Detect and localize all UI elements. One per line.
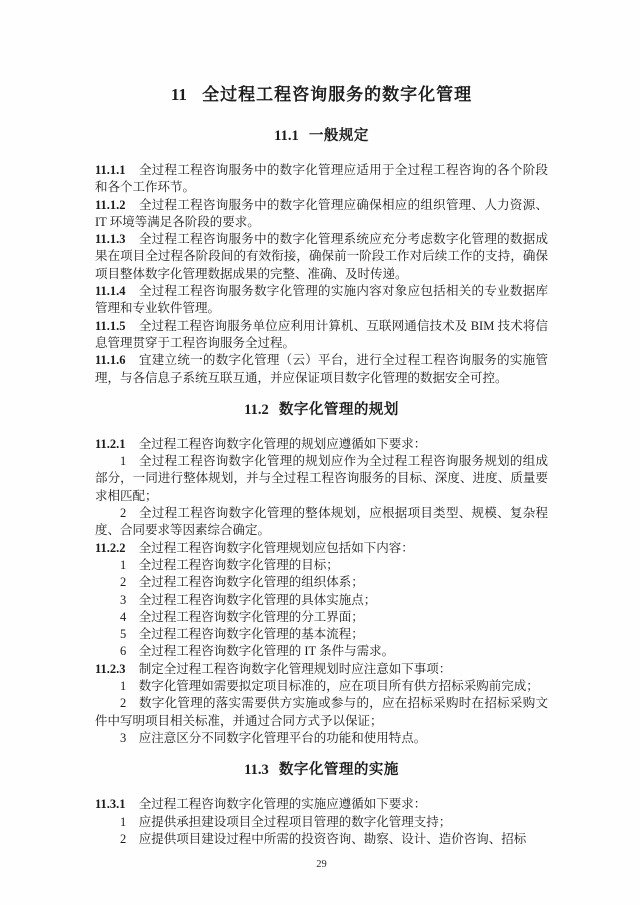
sub-item-number: 1 xyxy=(120,454,126,468)
clause-sub-item: 1全过程工程咨询数字化管理的目标； xyxy=(95,557,548,574)
clause-paragraph: 11.1.3全过程工程咨询服务中的数字化管理系统应充分考虑数字化管理的数据成果在… xyxy=(95,231,548,283)
section-clauses: 11.2.1全过程工程咨询数字化管理的规划应遵循如下要求： 1全过程工程咨询数字… xyxy=(95,436,548,747)
section-clauses: 11.1.1全过程工程咨询服务中的数字化管理应适用于全过程工程咨询的各个阶段和各… xyxy=(95,162,548,387)
document-page: 11全过程工程咨询服务的数字化管理 11.1一般规定 11.1.1全过程工程咨询… xyxy=(0,0,640,905)
sub-item-text: 全过程工程咨询数字化管理的基本流程； xyxy=(139,627,364,641)
clause-sub-item: 5全过程工程咨询数字化管理的基本流程； xyxy=(95,626,548,643)
sub-item-number: 5 xyxy=(120,627,126,641)
clause-text: 全过程工程咨询服务单位应利用计算机、互联网通信技术及 BIM 技术将信息管理贯穿… xyxy=(95,319,548,350)
sub-item-text: 应注意区分不同数字化管理平台的功能和使用特点。 xyxy=(139,731,427,745)
clause-sub-item: 6全过程工程咨询数字化管理的 IT 条件与需求。 xyxy=(95,643,548,660)
clause-number: 11.1.3 xyxy=(95,232,126,246)
sub-item-number: 4 xyxy=(120,610,126,624)
clause-sub-item: 3全过程工程咨询数字化管理的具体实施点； xyxy=(95,592,548,609)
clause-number: 11.1.2 xyxy=(95,198,126,212)
chapter-number: 11 xyxy=(171,85,187,104)
section-heading: 11.2数字化管理的规划 xyxy=(95,401,548,419)
chapter-title-text: 全过程工程咨询服务的数字化管理 xyxy=(202,85,472,104)
sub-item-number: 1 xyxy=(120,815,126,829)
sub-item-text: 数字化管理如需要拟定项目标准的，应在项目所有供方招标采购前完成； xyxy=(139,679,539,693)
clause-number: 11.2.1 xyxy=(95,437,126,451)
sub-item-number: 2 xyxy=(120,832,126,846)
clause-paragraph: 11.2.2全过程工程咨询数字化管理规划应包括如下内容： xyxy=(95,540,548,557)
clause-number: 11.3.1 xyxy=(95,797,126,811)
sub-item-text: 全过程工程咨询数字化管理的规划应作为全过程工程咨询服务规划的组成部分，一同进行整… xyxy=(95,454,548,503)
section-title-text: 数字化管理的实施 xyxy=(279,762,399,778)
clause-text: 宜建立统一的数字化管理（云）平台，进行全过程工程咨询服务的实施管理，与各信息子系… xyxy=(95,353,548,384)
clause-text: 全过程工程咨询数字化管理的规划应遵循如下要求： xyxy=(139,437,427,451)
sub-item-number: 2 xyxy=(120,696,126,710)
sub-item-text: 数字化管理的落实需要供方实施或参与的，应在招标采购时在招标采购文件中写明项目相关… xyxy=(95,696,548,727)
sub-item-number: 3 xyxy=(120,731,126,745)
clause-sub-item: 2全过程工程咨询数字化管理的整体规划，应根据项目类型、规模、复杂程度、合同要求等… xyxy=(95,505,548,540)
sub-item-number: 2 xyxy=(120,575,126,589)
clause-sub-item: 2应提供项目建设过程中所需的投资咨询、勘察、设计、造价咨询、招标 xyxy=(95,831,548,848)
clause-text: 全过程工程咨询服务数字化管理的实施内容对象应包括相关的专业数据库管理和专业软件管… xyxy=(95,284,548,315)
clause-number: 11.1.4 xyxy=(95,284,126,298)
clause-paragraph: 11.1.5全过程工程咨询服务单位应利用计算机、互联网通信技术及 BIM 技术将… xyxy=(95,318,548,353)
clause-sub-item: 3应注意区分不同数字化管理平台的功能和使用特点。 xyxy=(95,730,548,747)
page-content: 11全过程工程咨询服务的数字化管理 11.1一般规定 11.1.1全过程工程咨询… xyxy=(0,0,640,870)
sections-container: 11.1一般规定 11.1.1全过程工程咨询服务中的数字化管理应适用于全过程工程… xyxy=(95,127,548,848)
clause-number: 11.1.1 xyxy=(95,163,126,177)
sub-item-text: 全过程工程咨询数字化管理的具体实施点； xyxy=(139,593,377,607)
clause-paragraph: 11.1.2全过程工程咨询服务中的数字化管理应确保相应的组织管理、人力资源、IT… xyxy=(95,197,548,232)
sub-item-text: 全过程工程咨询数字化管理的目标； xyxy=(139,558,339,572)
clause-paragraph: 11.1.6宜建立统一的数字化管理（云）平台，进行全过程工程咨询服务的实施管理，… xyxy=(95,352,548,387)
section-heading: 11.3数字化管理的实施 xyxy=(95,761,548,779)
document-section: 11.1一般规定 11.1.1全过程工程咨询服务中的数字化管理应适用于全过程工程… xyxy=(95,127,548,387)
sub-item-text: 应提供项目建设过程中所需的投资咨询、勘察、设计、造价咨询、招标 xyxy=(139,832,527,846)
section-heading: 11.1一般规定 xyxy=(95,127,548,145)
sub-item-text: 应提供承担建设项目全过程项目管理的数字化管理支持； xyxy=(139,815,452,829)
clause-sub-item: 2全过程工程咨询数字化管理的组织体系； xyxy=(95,574,548,591)
section-number: 11.3 xyxy=(244,762,269,778)
clause-text: 制定全过程工程咨询数字化管理规划时应注意如下事项： xyxy=(139,662,452,676)
clause-text: 全过程工程咨询服务中的数字化管理应适用于全过程工程咨询的各个阶段和各个工作环节。 xyxy=(95,163,548,194)
clause-sub-item: 1数字化管理如需要拟定项目标准的，应在项目所有供方招标采购前完成； xyxy=(95,678,548,695)
sub-item-text: 全过程工程咨询数字化管理的 IT 条件与需求。 xyxy=(139,644,394,658)
sub-item-text: 全过程工程咨询数字化管理的整体规划，应根据项目类型、规模、复杂程度、合同要求等因… xyxy=(95,506,548,537)
sub-item-number: 2 xyxy=(120,506,126,520)
sub-item-number: 3 xyxy=(120,593,126,607)
section-number: 11.2 xyxy=(244,402,269,418)
clause-paragraph: 11.2.3制定全过程工程咨询数字化管理规划时应注意如下事项： xyxy=(95,661,548,678)
sub-item-text: 全过程工程咨询数字化管理的组织体系； xyxy=(139,575,364,589)
clause-sub-item: 2数字化管理的落实需要供方实施或参与的，应在招标采购时在招标采购文件中写明项目相… xyxy=(95,695,548,730)
chapter-title: 11全过程工程咨询服务的数字化管理 xyxy=(95,84,548,105)
sub-item-number: 6 xyxy=(120,644,126,658)
clause-number: 11.1.5 xyxy=(95,319,126,333)
section-clauses: 11.3.1全过程工程咨询数字化管理的实施应遵循如下要求： 1应提供承担建设项目… xyxy=(95,796,548,848)
clause-paragraph: 11.2.1全过程工程咨询数字化管理的规划应遵循如下要求： xyxy=(95,436,548,453)
clause-paragraph: 11.1.1全过程工程咨询服务中的数字化管理应适用于全过程工程咨询的各个阶段和各… xyxy=(95,162,548,197)
sub-item-text: 全过程工程咨询数字化管理的分工界面； xyxy=(139,610,364,624)
section-title-text: 一般规定 xyxy=(309,128,369,144)
clause-text: 全过程工程咨询服务中的数字化管理应确保相应的组织管理、人力资源、IT 环境等满足… xyxy=(95,198,548,229)
sub-item-number: 1 xyxy=(120,558,126,572)
section-number: 11.1 xyxy=(274,128,299,144)
clause-sub-item: 4全过程工程咨询数字化管理的分工界面； xyxy=(95,609,548,626)
page-number: 29 xyxy=(95,859,548,870)
clause-sub-item: 1全过程工程咨询数字化管理的规划应作为全过程工程咨询服务规划的组成部分，一同进行… xyxy=(95,453,548,505)
clause-paragraph: 11.3.1全过程工程咨询数字化管理的实施应遵循如下要求： xyxy=(95,796,548,813)
document-section: 11.3数字化管理的实施 11.3.1全过程工程咨询数字化管理的实施应遵循如下要… xyxy=(95,761,548,848)
clause-text: 全过程工程咨询服务中的数字化管理系统应充分考虑数字化管理的数据成果在项目全过程各… xyxy=(95,232,548,281)
clause-text: 全过程工程咨询数字化管理的实施应遵循如下要求： xyxy=(139,797,427,811)
clause-sub-item: 1应提供承担建设项目全过程项目管理的数字化管理支持； xyxy=(95,814,548,831)
clause-number: 11.2.3 xyxy=(95,662,126,676)
document-section: 11.2数字化管理的规划 11.2.1全过程工程咨询数字化管理的规划应遵循如下要… xyxy=(95,401,548,747)
clause-paragraph: 11.1.4全过程工程咨询服务数字化管理的实施内容对象应包括相关的专业数据库管理… xyxy=(95,283,548,318)
clause-number: 11.2.2 xyxy=(95,541,126,555)
sub-item-number: 1 xyxy=(120,679,126,693)
clause-text: 全过程工程咨询数字化管理规划应包括如下内容： xyxy=(139,541,414,555)
section-title-text: 数字化管理的规划 xyxy=(279,402,399,418)
clause-number: 11.1.6 xyxy=(95,353,126,367)
